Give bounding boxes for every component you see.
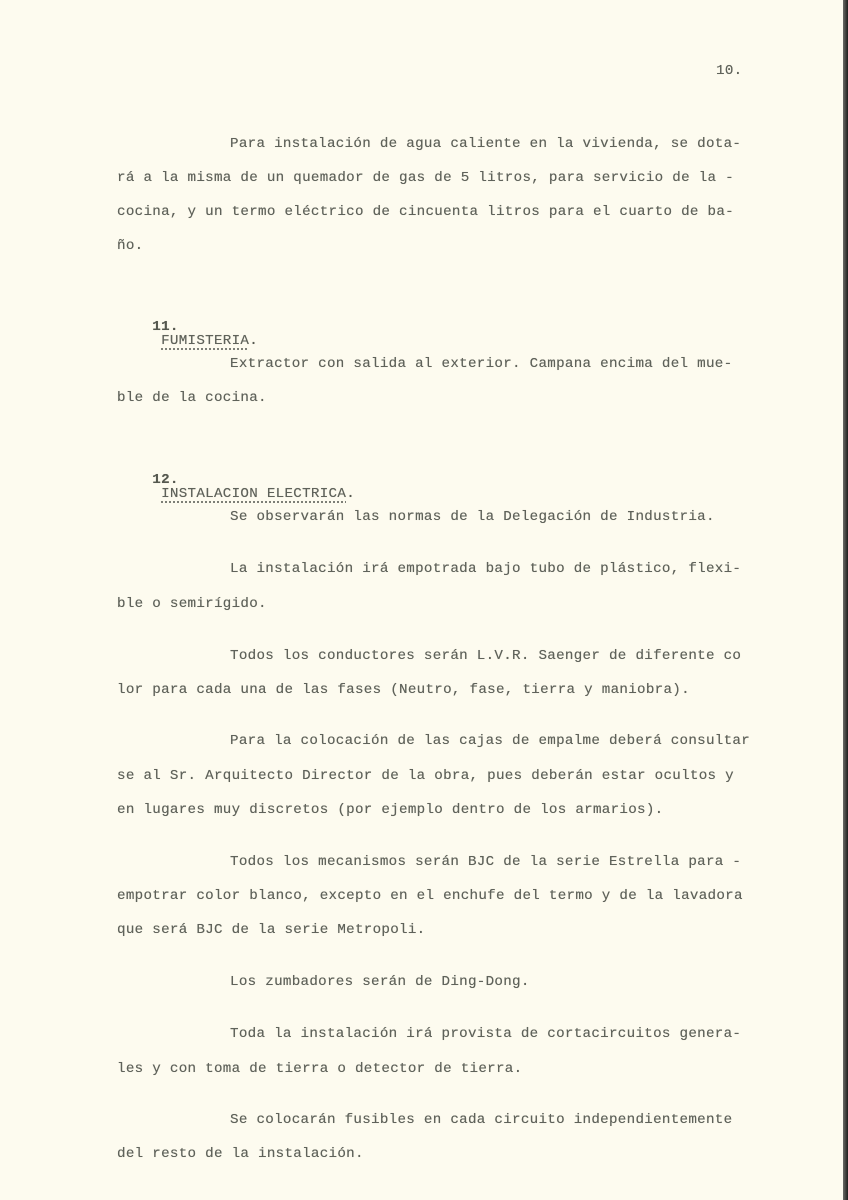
scan-edge-shadow xyxy=(843,0,848,1200)
text-line: Para la colocación de las cajas de empal… xyxy=(230,734,750,748)
section-heading-12: 12. INSTALACION ELECTRICA. xyxy=(117,459,355,516)
text-line: ble o semirígido. xyxy=(117,597,267,611)
text-line: La instalación irá empotrada bajo tubo d… xyxy=(230,562,741,576)
text-line: Los zumbadores serán de Ding-Dong. xyxy=(230,975,530,989)
text-line: del resto de la instalación. xyxy=(117,1147,364,1161)
page-number: 10. xyxy=(716,64,742,78)
typed-document-page: 10. 11. FUMISTERIA. 12. INSTALACION ELEC… xyxy=(0,0,843,1200)
text-line: rá a la misma de un quemador de gas de 5… xyxy=(117,171,734,185)
section-title: INSTALACION ELECTRICA xyxy=(161,486,346,502)
text-line: se al Sr. Arquitecto Director de la obra… xyxy=(117,769,734,783)
text-line: en lugares muy discretos (por ejemplo de… xyxy=(117,803,663,817)
text-line: Para instalación de agua caliente en la … xyxy=(230,137,741,151)
section-heading-11: 11. FUMISTERIA. xyxy=(117,306,258,363)
text-line: Se colocarán fusibles en cada circuito i… xyxy=(230,1113,732,1127)
text-line: Se observarán las normas de la Delegació… xyxy=(230,510,715,524)
text-line: les y con toma de tierra o detector de t… xyxy=(117,1062,522,1076)
text-line: Extractor con salida al exterior. Campan… xyxy=(230,357,732,371)
heading-period: . xyxy=(249,333,258,349)
heading-period: . xyxy=(346,486,355,502)
text-line: que será BJC de la serie Metropoli. xyxy=(117,923,426,937)
text-line: ño. xyxy=(117,239,143,253)
text-line: ble de la cocina. xyxy=(117,391,267,405)
text-line: empotrar color blanco, excepto en el enc… xyxy=(117,889,743,903)
text-line: Toda la instalación irá provista de cort… xyxy=(230,1027,741,1041)
text-line: cocina, y un termo eléctrico de cincuent… xyxy=(117,205,734,219)
text-line: Todos los conductores serán L.V.R. Saeng… xyxy=(230,649,741,663)
text-line: lor para cada una de las fases (Neutro, … xyxy=(117,683,690,697)
text-line: Todos los mecanismos serán BJC de la ser… xyxy=(230,855,741,869)
section-title: FUMISTERIA xyxy=(161,333,249,349)
